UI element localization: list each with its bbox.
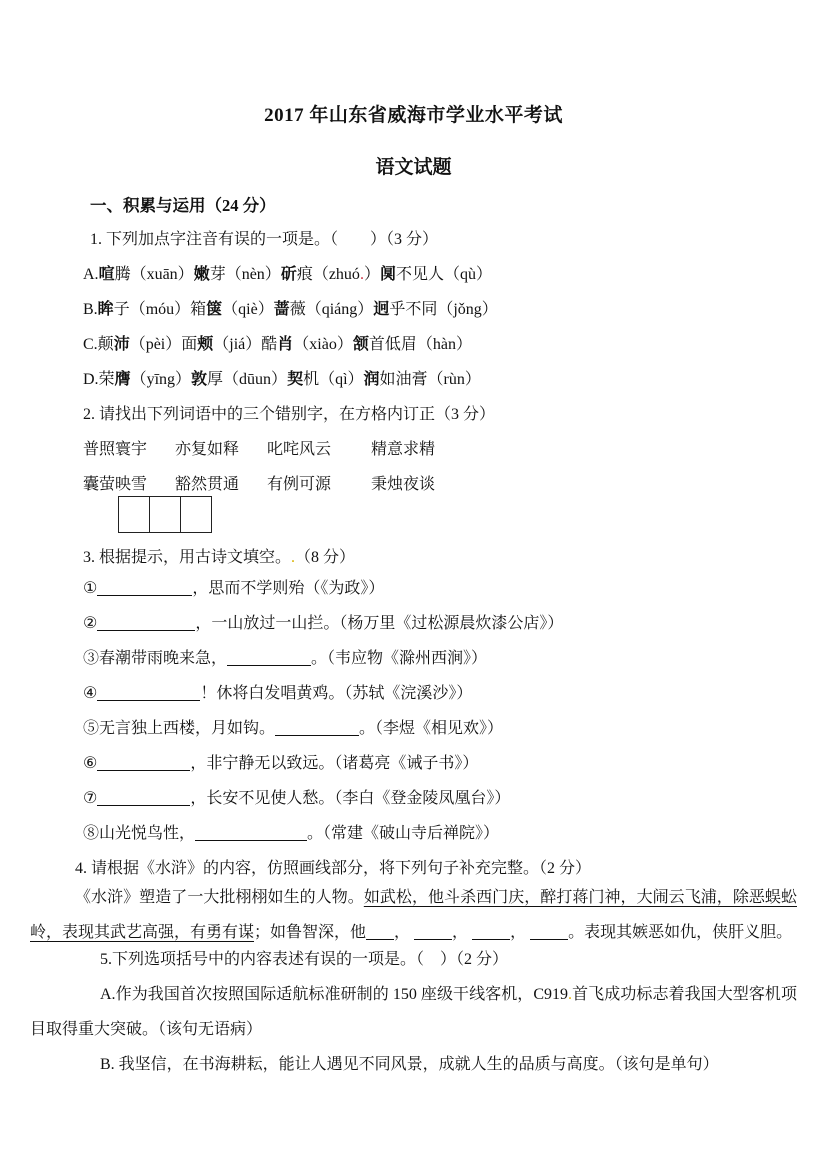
poem-blank-item-2: ②，一山放过一山拦。（杨万里《过松源晨炊漆公店》） bbox=[83, 606, 797, 641]
poem-blank-item-5: ⑤无言独上西楼，月如钩。。（李煜《相见欢》） bbox=[83, 711, 797, 746]
question-4-paragraph: 《水浒》塑造了一大批栩栩如生的人物。如武松，他斗杀西门庆，醉打蒋门神，大闹云飞浦… bbox=[30, 880, 797, 950]
exam-page: 2017 年山东省威海市学业水平考试 语文试题 一、积累与运用（24 分） 1.… bbox=[0, 0, 827, 1169]
question-1-option-a: A.喧腾（xuān）嫩芽（nèn）斫痕（zhuó.）阒不见人（qù） bbox=[83, 257, 797, 292]
fill-in-blank bbox=[97, 791, 190, 806]
fill-in-blank bbox=[275, 721, 359, 736]
poem-blank-item-3: ③春潮带雨晚来急，。（韦应物《滁州西涧》） bbox=[83, 641, 797, 676]
question-1-stem: 1. 下列加点字注音有误的一项是。（ ）（3 分） bbox=[90, 222, 797, 257]
exam-body: 1. 下列加点字注音有误的一项是。（ ）（3 分） A.喧腾（xuān）嫩芽（n… bbox=[30, 222, 797, 1082]
fill-in-blank bbox=[97, 581, 192, 596]
question-3-stem: 3. 根据提示，用古诗文填空。.（8 分） bbox=[83, 540, 797, 575]
word-item: 叱咤风云 bbox=[267, 432, 331, 467]
fill-in-blank bbox=[530, 925, 568, 940]
question-3-items: ①，思而不学则殆（《为政》） ②，一山放过一山拦。（杨万里《过松源晨炊漆公店》）… bbox=[30, 571, 797, 851]
question-1-option-d: D.荣膺（yīng）敦厚（dūun）契机（qì）润如油膏（rùn） bbox=[83, 362, 797, 397]
page-title: 2017 年山东省威海市学业水平考试 bbox=[30, 104, 797, 128]
section-heading: 一、积累与运用（24 分） bbox=[90, 194, 797, 218]
correction-grid bbox=[118, 496, 797, 540]
word-item: 有例可源 bbox=[267, 467, 331, 502]
word-item: 精意求精 bbox=[371, 432, 435, 467]
poem-blank-item-6: ⑥，非宁静无以致远。（诸葛亮《诫子书》） bbox=[83, 746, 797, 781]
fill-in-blank bbox=[97, 616, 195, 631]
question-5-option-b: B. 我坚信，在书海耕耘，能让人遇见不同风景，成就人生的品质与高度。（该句是单句… bbox=[100, 1047, 797, 1082]
fill-in-blank bbox=[227, 651, 311, 666]
poem-blank-item-4: ④！休将白发唱黄鸡。（苏轼《浣溪沙》） bbox=[83, 676, 797, 711]
fill-in-blank bbox=[472, 925, 510, 940]
fill-in-blank bbox=[97, 756, 190, 771]
question-1-option-c: C.颠沛（pèi）面颊（jiá）酷肖（xiào）颔首低眉（hàn） bbox=[83, 327, 797, 362]
correction-grid-cell bbox=[181, 496, 212, 533]
poem-blank-item-1: ①，思而不学则殆（《为政》） bbox=[83, 571, 797, 606]
question-5-option-a: A.作为我国首次按照国际适航标准研制的 150 座级干线客机，C919.首飞成功… bbox=[30, 977, 797, 1047]
word-item: 普照寰宇 bbox=[83, 432, 147, 467]
question-2-words-row-1: 普照寰宇 亦复如释 叱咤风云 精意求精 bbox=[83, 432, 797, 467]
correction-grid-cell bbox=[150, 496, 181, 533]
question-5: 5.下列选项括号中的内容表述有误的一项是。（ ）（2 分） A.作为我国首次按照… bbox=[30, 942, 797, 1082]
fill-in-blank bbox=[366, 925, 394, 940]
question-2-stem: 2. 请找出下列词语中的三个错别字，在方格内订正（3 分） bbox=[83, 397, 797, 432]
question-1-option-b: B.眸子（móu）箱箧（qiè）蔷薇（qiáng）迥乎不同（jǒng） bbox=[83, 292, 797, 327]
poem-blank-item-7: ⑦，长安不见使人愁。（李白《登金陵凤凰台》） bbox=[83, 781, 797, 816]
page-subtitle: 语文试题 bbox=[30, 156, 797, 180]
fill-in-blank bbox=[414, 925, 452, 940]
fill-in-blank bbox=[195, 826, 307, 841]
correction-grid-cell bbox=[118, 496, 150, 533]
fill-in-blank bbox=[97, 686, 200, 701]
poem-blank-item-8: ⑧山光悦鸟性，。（常建《破山寺后禅院》） bbox=[83, 816, 797, 851]
word-item: 秉烛夜谈 bbox=[371, 467, 435, 502]
word-item: 亦复如释 bbox=[175, 432, 239, 467]
